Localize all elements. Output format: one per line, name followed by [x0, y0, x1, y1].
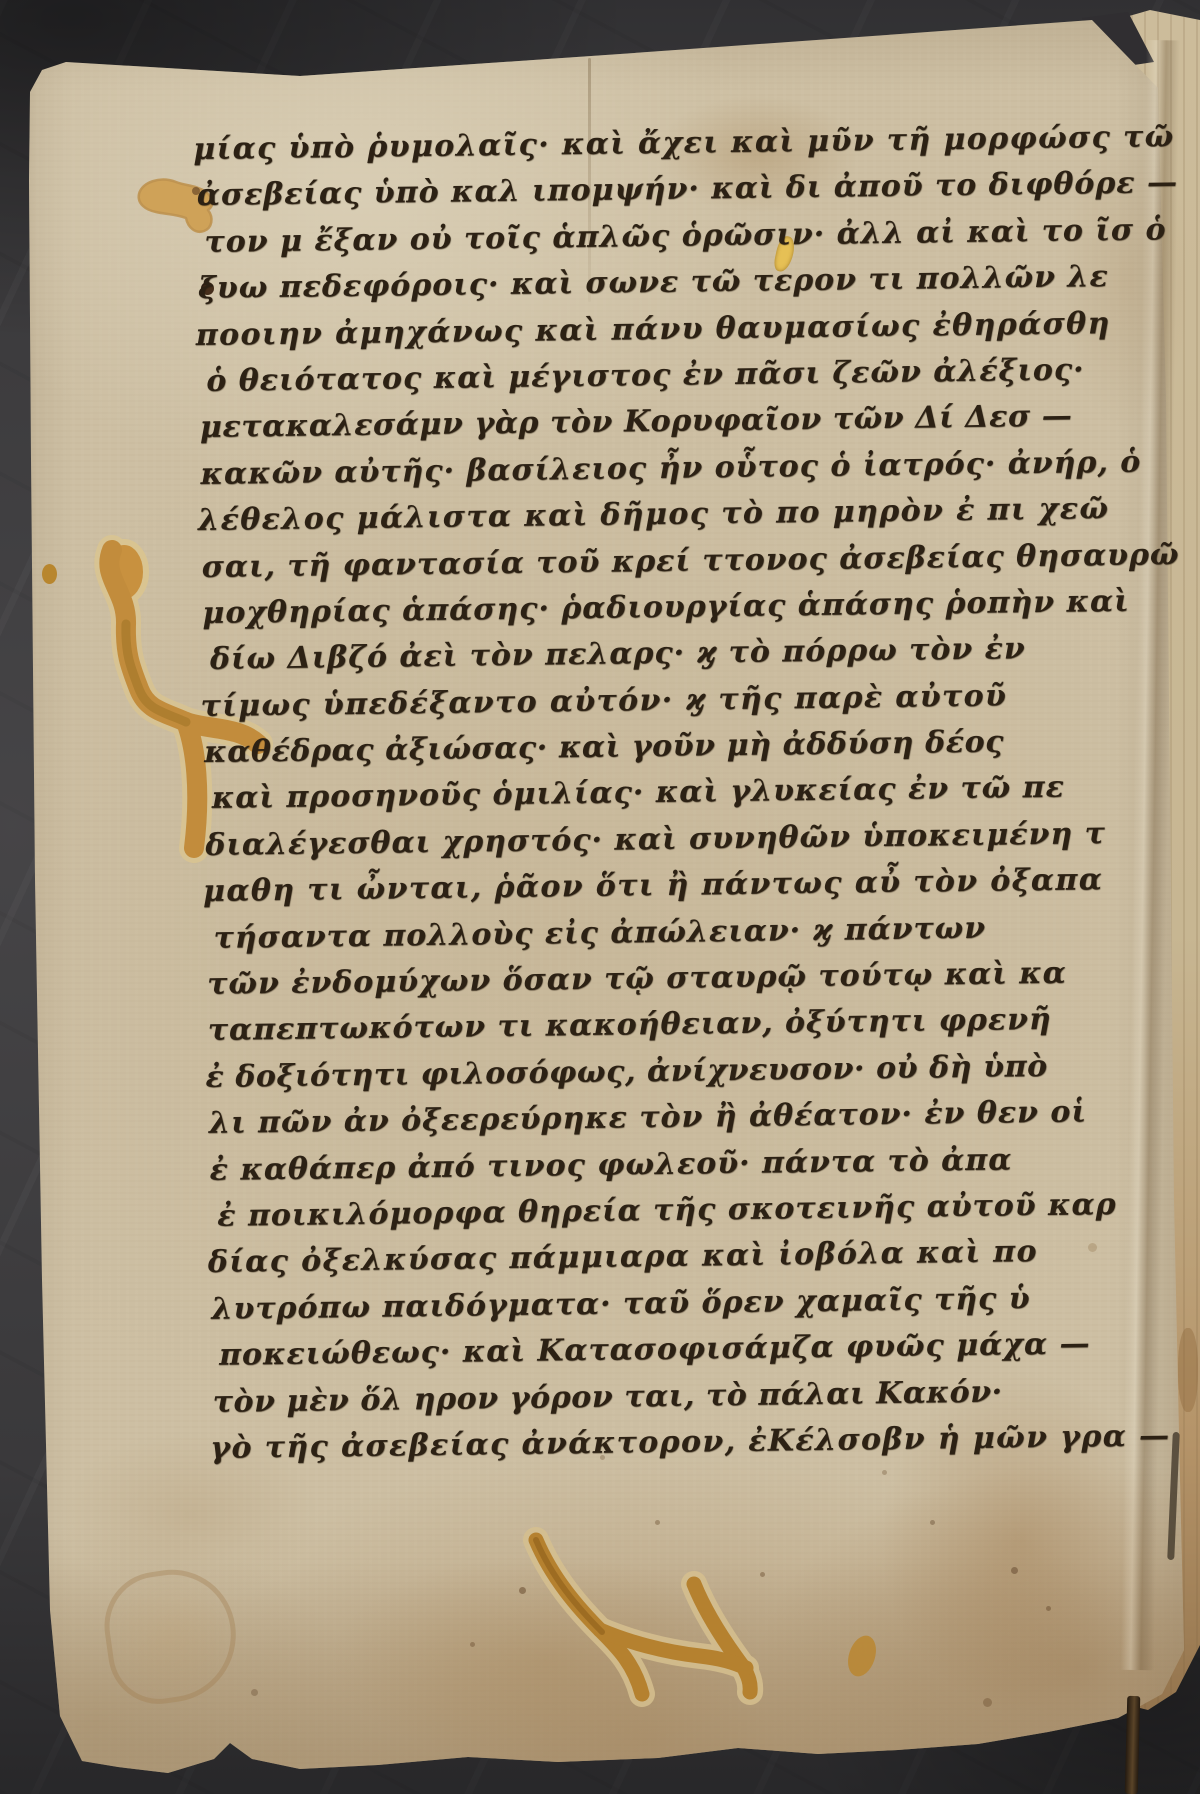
binding-cord — [1125, 1696, 1141, 1794]
amber-dot — [42, 564, 57, 584]
greek-text-block: μίας ὑπὸ ῥυμολαῖς· καὶ ἄχει καὶ μῦν τῆ μ… — [196, 117, 1014, 1473]
scattered-specks — [0, 0, 5, 5]
